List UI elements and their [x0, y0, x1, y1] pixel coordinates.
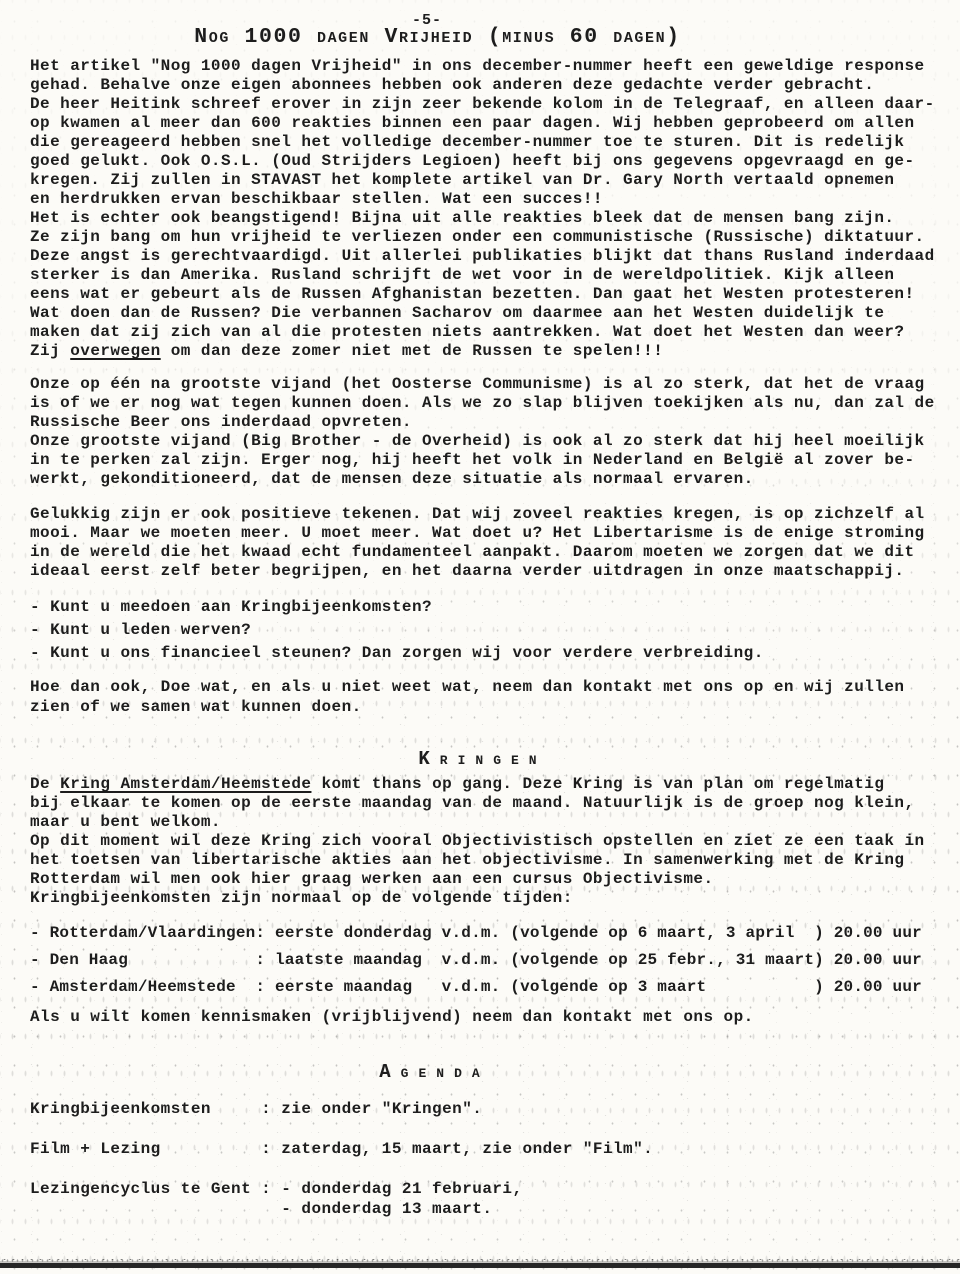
text-line: Op dit moment wil deze Kring zich vooral…	[30, 832, 935, 851]
text-line: kregen. Zij zullen in STAVAST het komple…	[30, 171, 935, 190]
text-line: Het artikel "Nog 1000 dagen Vrijheid" in…	[30, 57, 935, 76]
text-line: mooi. Maar we moeten meer. U moet meer. …	[30, 524, 935, 543]
action-list: - Kunt u meedoen aan Kringbijeenkomsten?…	[30, 596, 935, 665]
article-paragraph-2: Onze op één na grootste vijand (het Oost…	[30, 375, 935, 489]
text-line: in de wereld die het kwaad echt fundamen…	[30, 543, 935, 562]
agenda-rows: Kringbijeenkomsten : zie onder "Kringen"…	[30, 1099, 935, 1219]
text-line: - donderdag 13 maart.	[30, 1199, 935, 1219]
kringen-schedule: - Rotterdam/Vlaardingen: eerste donderda…	[30, 920, 935, 1001]
kringen-body: De Kring Amsterdam/Heemstede komt thans …	[30, 775, 935, 908]
text-line: Rotterdam wil men ook hier graag werken …	[30, 870, 935, 889]
page-bottom-edge	[0, 1263, 960, 1268]
text-line	[30, 1119, 935, 1139]
text-line: - Amsterdam/Heemstede : eerste maandag v…	[30, 974, 935, 1001]
text-line: Onze grootste vijand (Big Brother - de O…	[30, 432, 935, 451]
text-line: - Kunt u meedoen aan Kringbijeenkomsten?	[30, 596, 935, 619]
article-paragraph-1: Het artikel "Nog 1000 dagen Vrijheid" in…	[30, 57, 935, 361]
text-line: Wat doen dan de Russen? Die verbannen Sa…	[30, 304, 935, 323]
text-line: - Kunt u leden werven?	[30, 619, 935, 642]
text-line: Kringbijeenkomsten : zie onder "Kringen"…	[30, 1099, 935, 1119]
agenda-heading: Agenda	[379, 1061, 489, 1083]
text-segment: Zij	[30, 342, 70, 360]
text-line: Deze angst is gerechtvaardigd. Uit aller…	[30, 247, 935, 266]
text-line: De Kring Amsterdam/Heemstede komt thans …	[30, 775, 935, 794]
text-line	[30, 1159, 935, 1179]
text-line: gehad. Behalve onze eigen abonnees hebbe…	[30, 76, 935, 95]
text-line: goed gelukt. Ook O.S.L. (Oud Strijders L…	[30, 152, 935, 171]
text-line: ideaal eerst zelf beter begrijpen, en he…	[30, 562, 935, 581]
underlined-text: Kring Amsterdam/Heemstede	[60, 775, 311, 793]
text-line: - Den Haag : laatste maandag v.d.m. (vol…	[30, 947, 935, 974]
text-line: maar u bent welkom.	[30, 813, 935, 832]
text-line: in te perken zal zijn. Erger nog, hij he…	[30, 451, 935, 470]
text-line: - Rotterdam/Vlaardingen: eerste donderda…	[30, 920, 935, 947]
article-paragraph-4: Hoe dan ook, Doe wat, en als u niet weet…	[30, 677, 935, 717]
text-line: Onze op één na grootste vijand (het Oost…	[30, 375, 935, 394]
text-segment: De	[30, 775, 60, 793]
text-line: sterker is dan Amerika. Rusland schrijft…	[30, 266, 935, 285]
text-segment: om dan deze zomer niet met de Russen te …	[161, 342, 664, 360]
text-line: maken dat zij zich van al die protesten …	[30, 323, 935, 342]
text-line: werkt, gekonditioneerd, dat de mensen de…	[30, 470, 935, 489]
text-line: bij elkaar te komen op de eerste maandag…	[30, 794, 935, 813]
text-line: Lezingencyclus te Gent : - donderdag 21 …	[30, 1179, 935, 1199]
article-title: Nog 1000 dagen Vrijheid (minus 60 dagen)	[194, 25, 680, 49]
text-line: De heer Heitink schreef erover in zijn z…	[30, 95, 935, 114]
kringen-heading: Kringen	[418, 748, 546, 770]
text-line: - Kunt u ons financieel steunen? Dan zor…	[30, 642, 935, 665]
text-line: die gereageerd hebben snel het volledige…	[30, 133, 935, 152]
text-line: Kringbijeenkomsten zijn normaal op de vo…	[30, 889, 935, 908]
text-line: Hoe dan ook, Doe wat, en als u niet weet…	[30, 677, 935, 697]
text-line: eens wat er gebeurt als de Russen Afghan…	[30, 285, 935, 304]
text-line: zien of we samen wat kunnen doen.	[30, 697, 935, 717]
text-line: Gelukkig zijn er ook positieve tekenen. …	[30, 505, 935, 524]
text-line: Ze zijn bang om hun vrijheid te verlieze…	[30, 228, 935, 247]
text-line: Film + Lezing : zaterdag, 15 maart, zie …	[30, 1139, 935, 1159]
text-line: Het is echter ook beangstigend! Bijna ui…	[30, 209, 935, 228]
text-line: is of we er nog wat tegen kunnen doen. A…	[30, 394, 935, 413]
text-line: op kwamen al meer dan 600 reakties binne…	[30, 114, 935, 133]
underlined-text: overwegen	[70, 342, 160, 360]
text-line: Russische Beer ons inderdaad opvreten.	[30, 413, 935, 432]
text-line: Als u wilt komen kennismaken (vrijblijve…	[30, 1007, 935, 1027]
text-segment: komt thans op gang. Deze Kring is van pl…	[311, 775, 884, 793]
document-body: Nog 1000 dagen Vrijheid (minus 60 dagen)…	[30, 0, 935, 1219]
text-line: en herdrukken ervan beschikbaar stellen.…	[30, 190, 935, 209]
kringen-note: Als u wilt komen kennismaken (vrijblijve…	[30, 1007, 935, 1027]
text-line: Zij overwegen om dan deze zomer niet met…	[30, 342, 935, 361]
text-line: het toetsen van libertarische akties aan…	[30, 851, 935, 870]
document-page: -5- Nog 1000 dagen Vrijheid (minus 60 da…	[0, 0, 960, 1274]
article-paragraph-3: Gelukkig zijn er ook positieve tekenen. …	[30, 505, 935, 581]
